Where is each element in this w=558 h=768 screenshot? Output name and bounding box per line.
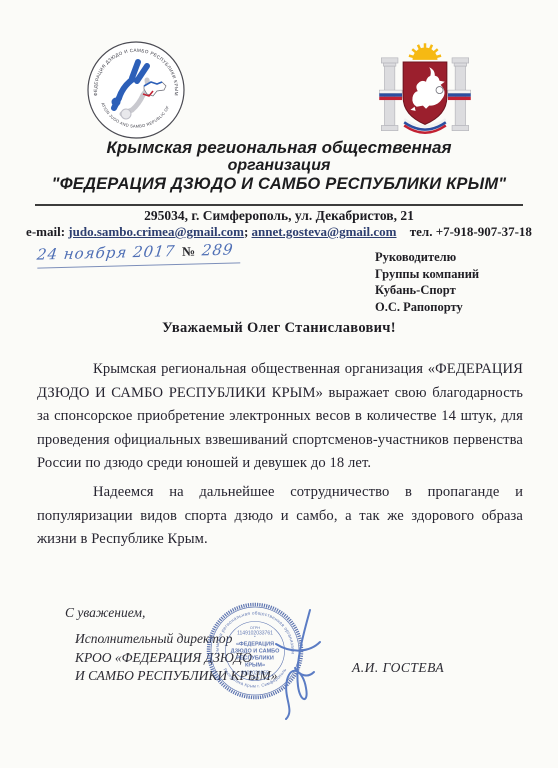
- recipient-line: Руководителю: [375, 249, 479, 266]
- email-link-2: annet.gosteva@gmail.com: [252, 224, 397, 239]
- header-divider: [35, 204, 523, 206]
- recipient-line: Кубань-Спорт: [375, 282, 479, 299]
- logo-outer-circle: [88, 42, 184, 138]
- recipient-block: Руководителю Группы компаний Кубань-Спор…: [375, 249, 479, 315]
- org-title-line3: "ФЕДЕРАЦИЯ ДЗЮДО И САМБО РЕСПУБЛИКИ КРЫМ…: [0, 175, 558, 193]
- org-title-line1: Крымская региональная общественная: [0, 139, 558, 157]
- email-label: e-mail:: [26, 224, 65, 239]
- phone-number: тел. +7-918-907-37-18: [410, 224, 532, 239]
- recipient-line: Группы компаний: [375, 266, 479, 283]
- org-title-block: Крымская региональная общественная орган…: [0, 139, 558, 193]
- crimea-coat-of-arms: [372, 36, 478, 140]
- scanned-letter-page: ФЕДЕРАЦИЯ ДЗЮДО И САМБО РЕСПУБЛИКИ КРЫМ …: [0, 0, 558, 768]
- pen-signature: [248, 606, 330, 724]
- federation-logo: ФЕДЕРАЦИЯ ДЗЮДО И САМБО РЕСПУБЛИКИ КРЫМ …: [86, 40, 186, 140]
- sun-icon: [409, 43, 442, 60]
- email-separator: ;: [244, 224, 248, 239]
- body-paragraph-2: Надеемся на дальнейшее сотрудничество в …: [37, 481, 523, 552]
- contact-line: e-mail: judo.sambo.crimea@gmail.com; ann…: [0, 224, 558, 240]
- recipient-line: О.С. Рапопорту: [375, 299, 479, 316]
- email-link-1: judo.sambo.crimea@gmail.com: [68, 224, 244, 239]
- org-title-line2: организация: [0, 157, 558, 175]
- closing-regards: С уважением,: [65, 605, 145, 621]
- body-paragraph-1: Крымская региональная общественная орган…: [37, 358, 523, 476]
- signer-name: А.И. ГОСТЕВА: [352, 660, 444, 676]
- handwritten-date: 24 ноября 2017: [36, 242, 176, 264]
- handwritten-number: 289: [201, 240, 235, 259]
- salutation: Уважаемый Олег Станиславович!: [0, 320, 558, 337]
- number-sign: №: [182, 244, 195, 259]
- reference-line: 24 ноября 2017 № 289: [37, 240, 240, 268]
- org-address: 295034, г. Симферополь, ул. Декабристов,…: [0, 208, 558, 224]
